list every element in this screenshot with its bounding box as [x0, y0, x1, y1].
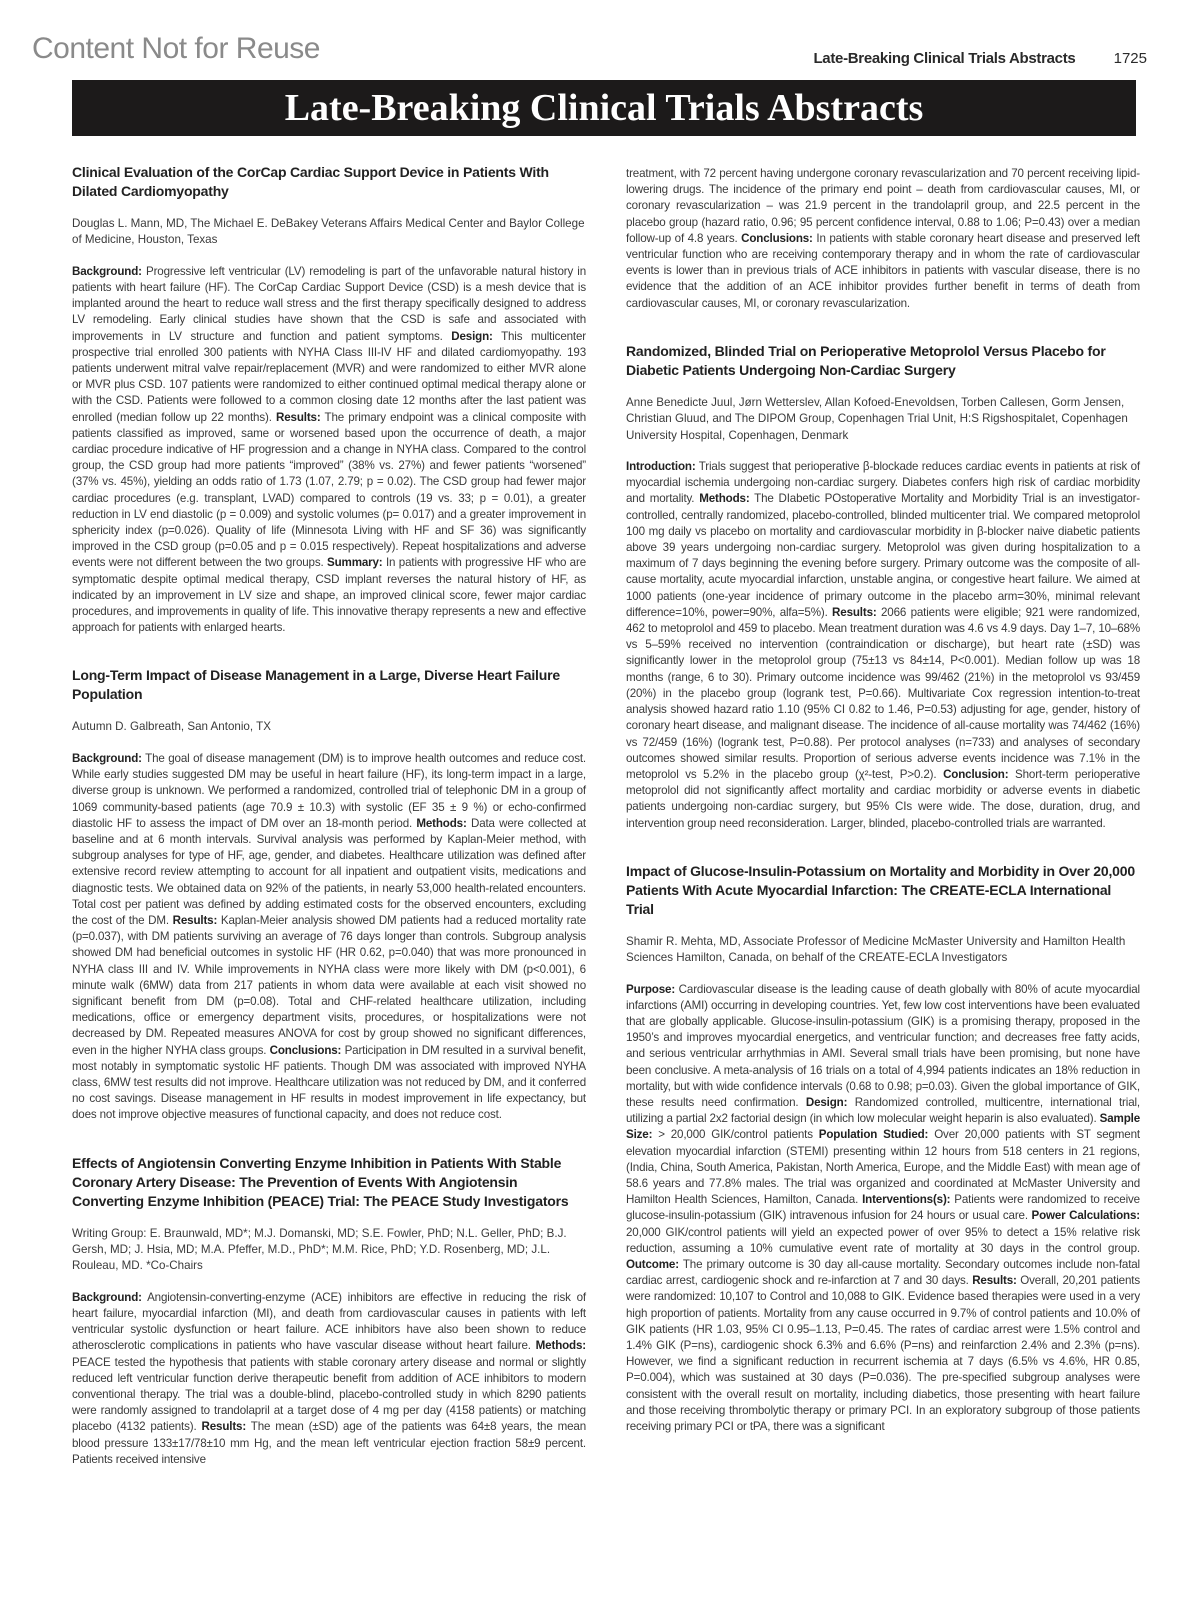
- section-text: Cardiovascular disease is the leading ca…: [626, 983, 1140, 1109]
- abstract-title: Long-Term Impact of Disease Management i…: [72, 666, 586, 704]
- section-text: Angiotensin-converting-enzyme (ACE) inhi…: [72, 1291, 586, 1353]
- section-label: Conclusion:: [943, 768, 1008, 781]
- abstract-authors: Shamir R. Mehta, MD, Associate Professor…: [626, 934, 1140, 967]
- abstract-peace-trial: Effects of Angiotensin Converting Enzyme…: [72, 1154, 586, 1468]
- section-label: Results:: [276, 411, 321, 424]
- section-label: Conclusions:: [741, 232, 813, 245]
- abstract-dipom: Randomized, Blinded Trial on Perioperati…: [626, 342, 1140, 832]
- section-label: Background:: [72, 1291, 142, 1304]
- section-label: Background:: [72, 265, 142, 278]
- section-label: Design:: [451, 330, 492, 343]
- right-column: treatment, with 72 percent having underg…: [626, 166, 1140, 1465]
- abstract-title: Randomized, Blinded Trial on Perioperati…: [626, 342, 1140, 380]
- section-label: Population Studied:: [819, 1128, 928, 1141]
- section-label: Results:: [972, 1274, 1017, 1287]
- section-label: Methods:: [699, 492, 749, 505]
- section-text: 20,000 GIK/control patients will yield a…: [626, 1226, 1140, 1255]
- section-text: Kaplan-Meier analysis showed DM patients…: [72, 914, 586, 1057]
- abstract-title: Effects of Angiotensin Converting Enzyme…: [72, 1154, 586, 1211]
- abstract-create-ecla: Impact of Glucose-Insulin-Potassium on M…: [626, 862, 1140, 1436]
- section-text: Data were collected at baseline and at 6…: [72, 817, 586, 927]
- abstract-title: Impact of Glucose-Insulin-Potassium on M…: [626, 862, 1140, 919]
- abstract-title: Clinical Evaluation of the CorCap Cardia…: [72, 163, 586, 201]
- running-head: Late-Breaking Clinical Trials Abstracts …: [813, 50, 1147, 67]
- abstract-body: Introduction: Trials suggest that periop…: [626, 459, 1140, 832]
- section-label: Outcome:: [626, 1258, 679, 1271]
- banner-title: Late-Breaking Clinical Trials Abstracts: [285, 86, 924, 130]
- abstract-authors: Autumn D. Galbreath, San Antonio, TX: [72, 719, 586, 735]
- section-text: > 20,000 GIK/control patients: [652, 1128, 818, 1141]
- abstract-body: Purpose: Cardiovascular disease is the l…: [626, 982, 1140, 1436]
- section-label: Purpose:: [626, 983, 675, 996]
- abstract-authors: Anne Benedicte Juul, Jørn Wetterslev, Al…: [626, 395, 1140, 444]
- abstract-authors: Writing Group: E. Braunwald, MD*; M.J. D…: [72, 1226, 586, 1275]
- section-label: Methods:: [416, 817, 466, 830]
- abstract-peace-trial-continued: treatment, with 72 percent having underg…: [626, 166, 1140, 312]
- section-label: Interventions(s):: [862, 1193, 950, 1206]
- section-label: Introduction:: [626, 460, 696, 473]
- page-number: 1725: [1114, 50, 1147, 67]
- section-label: Design:: [806, 1096, 847, 1109]
- section-text: The DIabetic POstoperative Mortality and…: [626, 492, 1140, 618]
- section-text: This multicenter prospective trial enrol…: [72, 330, 586, 424]
- abstract-body: Background: Progressive left ventricular…: [72, 264, 586, 637]
- section-label: Results:: [173, 914, 218, 927]
- section-text: Overall, 20,201 patients were randomized…: [626, 1274, 1140, 1433]
- section-text: The primary endpoint was a clinical comp…: [72, 411, 586, 570]
- left-column: Clinical Evaluation of the CorCap Cardia…: [72, 163, 586, 1498]
- section-label: Results:: [832, 606, 877, 619]
- section-label: Results:: [202, 1420, 247, 1433]
- running-head-title: Late-Breaking Clinical Trials Abstracts: [813, 50, 1075, 67]
- abstract-body: Background: The goal of disease manageme…: [72, 751, 586, 1124]
- abstract-disease-management: Long-Term Impact of Disease Management i…: [72, 666, 586, 1123]
- abstract-authors: Douglas L. Mann, MD, The Michael E. DeBa…: [72, 216, 586, 249]
- watermark: Content Not for Reuse: [32, 32, 320, 66]
- section-label: Power Calculations:: [1032, 1209, 1140, 1222]
- abstract-corcap: Clinical Evaluation of the CorCap Cardia…: [72, 163, 586, 636]
- section-label: Methods:: [536, 1339, 586, 1352]
- section-text: 2066 patients were eligible; 921 were ra…: [626, 606, 1140, 781]
- section-label: Summary:: [327, 556, 383, 569]
- section-label: Conclusions:: [270, 1044, 342, 1057]
- abstract-body: Background: Angiotensin-converting-enzym…: [72, 1290, 586, 1468]
- abstract-body: treatment, with 72 percent having underg…: [626, 166, 1140, 312]
- section-label: Background:: [72, 752, 142, 765]
- section-banner: Late-Breaking Clinical Trials Abstracts: [72, 80, 1136, 136]
